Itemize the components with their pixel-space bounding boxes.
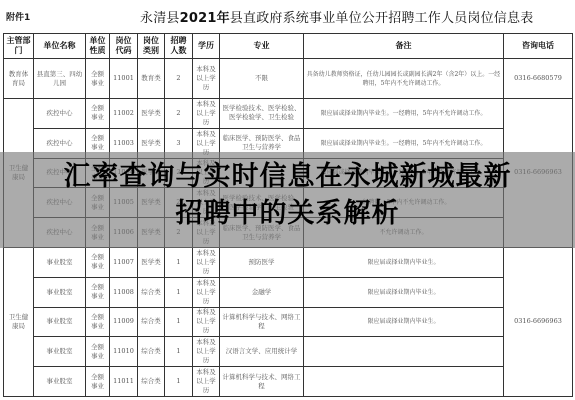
cell-count: 1 [165, 307, 193, 337]
cell-count: 2 [165, 59, 193, 99]
cell-major: 计算机科学与技术、网络工程 [220, 367, 304, 397]
header-nature: 单位性质 [86, 34, 110, 59]
document-title: 永清县2021年县直政府系统事业单位公开招聘工作人员岗位信息表 [140, 7, 560, 26]
cell-major: 医学检验技术、医学检验、医学检验学、卫生检验 [220, 99, 304, 129]
cell-note: 具备幼儿教师资格证，任幼儿园园长或副园长满2年（含2年）以上。一经聘用，5年内不… [304, 59, 504, 99]
table-row: 事业股室 全额事业 11011 综合类 1 本科及以上学历 计算机科学与技术、网… [4, 367, 573, 397]
cell-code: 11009 [110, 307, 138, 337]
cell-note: 限应届或择业期内毕业生。一经聘用，5年内不允许调动工作。 [304, 99, 504, 129]
cell-category: 教育类 [138, 59, 165, 99]
cell-code: 11008 [110, 277, 138, 307]
cell-note [304, 367, 504, 397]
cell-major: 计算机科学与技术、网络工程 [220, 307, 304, 337]
cell-count: 2 [165, 99, 193, 129]
header-category: 岗位类别 [138, 34, 165, 59]
cell-education: 本科及以上学历 [193, 247, 220, 277]
cell-phone: 0316-6696963 [504, 247, 573, 396]
cell-unit: 事业股室 [34, 337, 86, 367]
cell-category: 综合类 [138, 307, 165, 337]
cell-nature: 全额事业 [86, 367, 110, 397]
cell-dept: 卫生健康局 [4, 247, 34, 396]
header-dept: 主管部门 [4, 34, 34, 59]
cell-count: 1 [165, 367, 193, 397]
table-row: 事业股室 全额事业 11009 综合类 1 本科及以上学历 计算机科学与技术、网… [4, 307, 573, 337]
cell-major: 金融学 [220, 277, 304, 307]
header-note: 备注 [304, 34, 504, 59]
header-unit: 单位名称 [34, 34, 86, 59]
cell-category: 综合类 [138, 277, 165, 307]
headline-line-2: 招聘中的关系解析 [0, 195, 575, 232]
title-rest: 县直政府系统事业单位公开招聘工作人员岗位信息表 [230, 11, 534, 26]
table-row: 事业股室 全额事业 11010 综合类 1 本科及以上学历 汉语言文学、应用统计… [4, 337, 573, 367]
cell-education: 本科及以上学历 [193, 99, 220, 129]
cell-note [304, 337, 504, 367]
table-row: 教育体育局 县直第三、四幼儿园 全额事业 11001 教育类 2 本科及以上学历… [4, 59, 573, 99]
title-year: 2021年 [180, 11, 230, 26]
cell-note: 限应届或择业期内毕业生。 [304, 307, 504, 337]
table-row: 卫生健康局 疾控中心 全额事业 11002 医学类 2 本科及以上学历 医学检验… [4, 99, 573, 129]
cell-category: 综合类 [138, 367, 165, 397]
cell-unit: 县直第三、四幼儿园 [34, 59, 86, 99]
cell-nature: 全额事业 [86, 337, 110, 367]
cell-category: 医学类 [138, 247, 165, 277]
header-code: 岗位代码 [110, 34, 138, 59]
cell-code: 11001 [110, 59, 138, 99]
cell-dept: 教育体育局 [4, 59, 34, 99]
table-row: 事业股室 全额事业 11008 综合类 1 本科及以上学历 金融学 限应届或择业… [4, 277, 573, 307]
cell-count: 1 [165, 337, 193, 367]
cell-nature: 全额事业 [86, 99, 110, 129]
cell-code: 11010 [110, 337, 138, 367]
cell-education: 本科及以上学历 [193, 59, 220, 99]
cell-code: 11007 [110, 247, 138, 277]
cell-category: 医学类 [138, 99, 165, 129]
cell-education: 本科及以上学历 [193, 337, 220, 367]
table-row: 卫生健康局 事业股室 全额事业 11007 医学类 1 本科及以上学历 预防医学… [4, 247, 573, 277]
attachment-label: 附件1 [6, 10, 30, 23]
header-phone: 咨询电话 [504, 34, 573, 59]
cell-nature: 全额事业 [86, 307, 110, 337]
cell-unit: 事业股室 [34, 367, 86, 397]
cell-major: 不限 [220, 59, 304, 99]
cell-count: 1 [165, 247, 193, 277]
header-education: 学历 [193, 34, 220, 59]
cell-unit: 事业股室 [34, 277, 86, 307]
cell-note: 限应届或择业期内毕业生。 [304, 247, 504, 277]
cell-education: 本科及以上学历 [193, 307, 220, 337]
cell-major: 汉语言文学、应用统计学 [220, 337, 304, 367]
title-prefix: 永清县 [140, 11, 180, 26]
header-count: 招聘人数 [165, 34, 193, 59]
header-major: 专业 [220, 34, 304, 59]
cell-nature: 全额事业 [86, 247, 110, 277]
table-header-row: 主管部门 单位名称 单位性质 岗位代码 岗位类别 招聘人数 学历 专业 备注 咨… [4, 34, 573, 59]
cell-count: 1 [165, 277, 193, 307]
cell-unit: 疾控中心 [34, 99, 86, 129]
cell-nature: 全额事业 [86, 277, 110, 307]
headline-line-1: 汇率查询与实时信息在永城新城最新 [0, 158, 575, 195]
cell-unit: 事业股室 [34, 247, 86, 277]
cell-note: 限应届或择业期内毕业生。 [304, 277, 504, 307]
headline-overlay: 汇率查询与实时信息在永城新城最新 招聘中的关系解析 [0, 158, 575, 232]
cell-nature: 全额事业 [86, 59, 110, 99]
cell-code: 11002 [110, 99, 138, 129]
cell-education: 本科及以上学历 [193, 367, 220, 397]
cell-education: 本科及以上学历 [193, 277, 220, 307]
cell-category: 综合类 [138, 337, 165, 367]
cell-major: 预防医学 [220, 247, 304, 277]
cell-phone: 0316-6680579 [504, 59, 573, 99]
cell-unit: 事业股室 [34, 307, 86, 337]
cell-code: 11011 [110, 367, 138, 397]
